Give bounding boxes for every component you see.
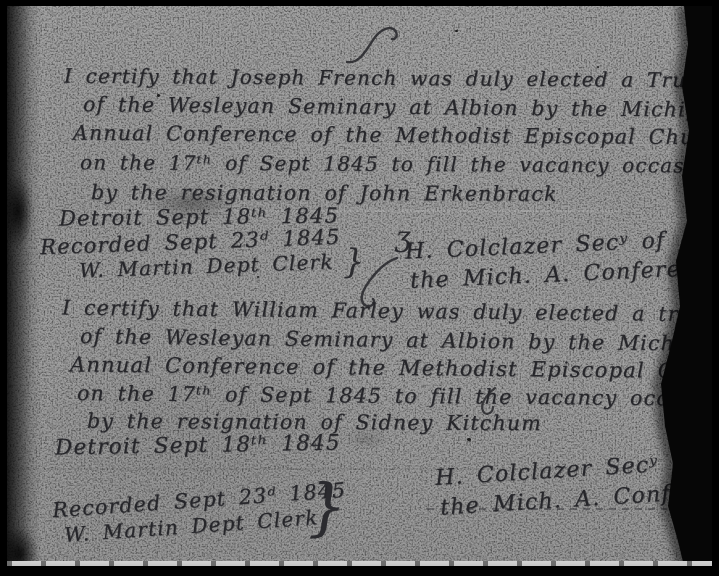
- paper-speck: [455, 30, 458, 32]
- binding-shadow-left: [7, 6, 41, 566]
- paper: I certify that Joseph French was duly el…: [7, 6, 712, 566]
- record-line: I certify that Joseph French was duly el…: [64, 64, 712, 93]
- record-line: on the 17ᵗʰ of Sept 1845 to fill the vac…: [80, 150, 712, 177]
- record-line: by the resignation of John Erkenbrack: [91, 180, 558, 206]
- paper-speck: [257, 276, 259, 278]
- flourish-icon: [343, 22, 405, 70]
- flourish-icon: [475, 386, 501, 418]
- record-line: of the Wesleyan Seminary at Albion by th…: [83, 92, 712, 122]
- record-line: of the Wesleyan Seminary at Albion by th…: [80, 324, 712, 356]
- binding-blot: [7, 174, 33, 248]
- record-line: Annual Conference of the Methodist Episc…: [70, 352, 712, 383]
- record-dateline: Detroit Sept 18ᵗʰ 1845: [55, 431, 341, 461]
- brace-mark: }: [306, 469, 348, 543]
- record-line: I certify that William Farley was duly e…: [62, 295, 712, 326]
- record-line: Annual Conference of the Methodist Episc…: [73, 121, 712, 150]
- record-line: on the 17ᵗʰ of Sept 1845 to fill the vac…: [77, 381, 712, 411]
- scanned-document-photo: I certify that Joseph French was duly el…: [0, 0, 719, 576]
- page-bottom-edge: [7, 561, 712, 566]
- binding-blot: [7, 526, 39, 566]
- paper-speck: [467, 438, 471, 441]
